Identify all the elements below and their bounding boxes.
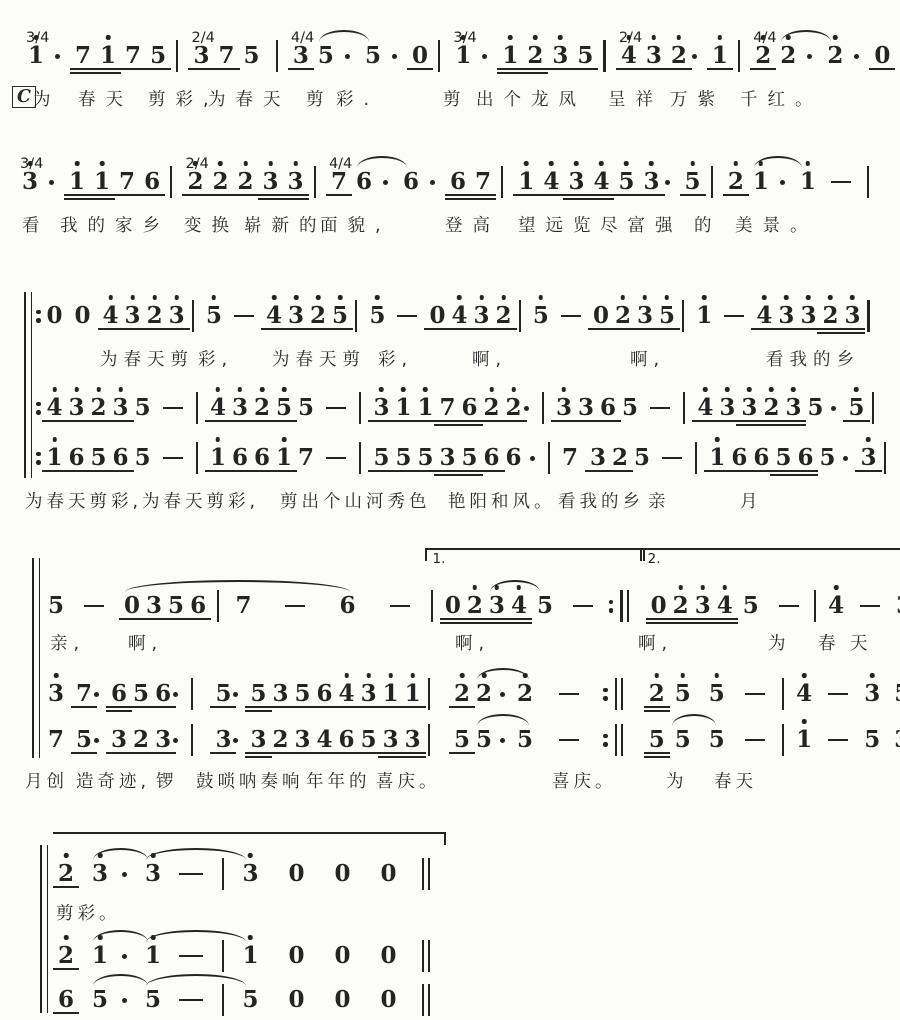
note: 0	[445, 591, 461, 621]
barline	[603, 40, 605, 72]
beam-line	[207, 194, 233, 196]
note: 5	[743, 591, 759, 621]
note: 3	[232, 393, 248, 423]
barline	[359, 442, 361, 474]
note: 5	[462, 443, 478, 473]
beam-line	[644, 710, 670, 712]
note: 2	[649, 679, 665, 709]
barline	[222, 940, 224, 972]
note: 2	[517, 679, 533, 709]
lyric: 万紫	[670, 86, 725, 111]
beam-line	[654, 328, 680, 330]
octave-dot	[108, 295, 113, 300]
barline	[884, 442, 886, 474]
octave-dot	[174, 295, 179, 300]
note: 3	[405, 725, 421, 755]
lyric: 面貌,	[320, 212, 391, 237]
lyrics-row: 看我的家乡变换崭新的面貌,登高望远览尽富强的美景。	[0, 212, 900, 238]
lyric: 啊,	[630, 346, 665, 371]
lyric: 啊,	[638, 630, 673, 655]
note: 1	[69, 167, 85, 197]
lyrics-row: 为春天剪彩,为春天剪彩,剪出个山河秀色艳阳和风。看我的乡亲月	[0, 488, 900, 514]
octave-dot	[702, 295, 707, 300]
lyric: 剪	[443, 86, 471, 111]
note: 6	[484, 443, 500, 473]
barline	[170, 166, 172, 198]
octave-dot	[747, 387, 752, 392]
note: 5	[848, 393, 864, 423]
note: 2	[212, 167, 228, 197]
barline	[867, 166, 869, 198]
notation-row: 3/4171752/43754/435503/4112352/443214/42…	[28, 40, 900, 70]
spacer	[442, 740, 454, 741]
note: 5	[622, 393, 638, 423]
barline	[867, 300, 869, 332]
barline	[542, 392, 544, 424]
spacer	[317, 606, 339, 607]
spacer	[368, 1000, 380, 1001]
octave-dot	[562, 387, 567, 392]
octave-dot	[28, 161, 33, 166]
note: 5	[685, 167, 701, 197]
beam-line	[513, 194, 539, 196]
note: 3	[474, 301, 490, 331]
lyric: 年年的	[306, 768, 371, 793]
octave-dot	[517, 585, 522, 590]
note: 6	[403, 167, 419, 197]
note: 7	[298, 443, 314, 473]
note: 2	[476, 679, 492, 709]
octave-dot	[643, 295, 648, 300]
note: 3	[250, 725, 266, 755]
note: 5	[537, 591, 553, 621]
note: 4	[717, 591, 733, 621]
beam-line	[572, 68, 598, 70]
note: 3	[48, 679, 64, 709]
spacer	[565, 606, 573, 607]
octave-dot	[294, 295, 299, 300]
augmentation-dot	[665, 180, 670, 185]
beam-line	[563, 198, 589, 200]
octave-dot	[786, 35, 791, 40]
note: 3	[637, 301, 653, 331]
lyric: 啊,	[472, 346, 507, 371]
octave-dot	[690, 161, 695, 166]
note: 7	[125, 41, 141, 71]
note: 5	[133, 679, 149, 709]
note-dash	[326, 407, 346, 410]
spacer	[591, 740, 603, 741]
beam-line	[64, 198, 90, 200]
note: 2	[506, 393, 522, 423]
note-dash	[179, 873, 203, 876]
note: 4	[756, 301, 772, 331]
beam-line	[644, 706, 670, 708]
note: 3	[860, 443, 876, 473]
spacer	[368, 874, 380, 875]
spacer	[205, 694, 215, 695]
note: 3	[295, 725, 311, 755]
note: 1	[94, 167, 110, 197]
lyric: 啊,	[128, 630, 163, 655]
beam-line	[780, 424, 806, 426]
note: 2	[673, 591, 689, 621]
note-dash	[573, 605, 593, 608]
beam-line	[245, 756, 271, 758]
beam-line	[233, 194, 259, 196]
note: 5	[48, 591, 64, 621]
octave-dot	[151, 935, 156, 940]
note: 5	[864, 725, 880, 755]
augmentation-dot	[530, 456, 535, 461]
beam-line	[288, 68, 314, 70]
augmentation-dot	[122, 872, 127, 877]
spacer	[415, 956, 421, 957]
note: 3	[643, 167, 659, 197]
note: 6	[317, 679, 333, 709]
lyric: 鼓唢呐奏响	[196, 768, 304, 793]
barline	[276, 40, 278, 72]
beam-line	[53, 968, 79, 970]
octave-dot	[74, 387, 79, 392]
repeat-colon	[36, 398, 41, 419]
note: 5	[276, 393, 292, 423]
beam-line	[95, 68, 121, 70]
octave-dot	[388, 673, 393, 678]
volta-tick	[444, 832, 446, 845]
note: 3	[552, 41, 568, 71]
beam-line	[326, 194, 352, 196]
octave-dot	[854, 387, 859, 392]
lyric: 登高	[445, 212, 500, 237]
octave-dot	[511, 387, 516, 392]
note: 2	[91, 393, 107, 423]
octave-dot	[98, 935, 103, 940]
octave-dot	[621, 295, 626, 300]
beam-line	[712, 622, 738, 624]
note: 5	[318, 41, 334, 71]
augmentation-dot	[49, 180, 54, 185]
beam-line	[538, 194, 564, 196]
beam-line	[150, 752, 176, 754]
note: 2	[763, 393, 779, 423]
octave-dot	[791, 387, 796, 392]
beam-line	[400, 752, 426, 754]
notation-row: 75323332346533555555153	[48, 724, 900, 754]
beam-line	[213, 68, 239, 70]
note: 6	[144, 167, 160, 197]
octave-dot	[461, 35, 466, 40]
beam-line	[595, 420, 621, 422]
augmentation-dot	[482, 54, 487, 59]
octave-dot	[473, 585, 478, 590]
beam-line	[588, 194, 614, 196]
note: 3	[568, 167, 584, 197]
octave-dot	[524, 161, 529, 166]
beam-line	[839, 328, 865, 330]
beam-line	[563, 194, 589, 196]
octave-dot	[678, 585, 683, 590]
octave-dot	[806, 295, 811, 300]
note: 6	[450, 167, 466, 197]
notation-row: 3/4311762/4222334/4766671434535211	[22, 166, 884, 196]
spacer	[116, 606, 124, 607]
octave-dot	[130, 295, 135, 300]
beam-line	[89, 198, 115, 200]
note: 3	[590, 443, 606, 473]
barline	[814, 590, 816, 622]
note: 5	[295, 679, 311, 709]
beam-line	[843, 420, 869, 422]
note: 3	[155, 725, 171, 755]
octave-dot	[834, 585, 839, 590]
barline	[196, 392, 198, 424]
octave-dot	[722, 585, 727, 590]
note: 5	[298, 393, 314, 423]
note: 3	[578, 393, 594, 423]
barline	[501, 166, 503, 198]
octave-dot	[316, 295, 321, 300]
note: 5	[92, 985, 108, 1015]
spacer	[737, 740, 745, 741]
octave-dot	[769, 387, 774, 392]
note: 2	[755, 41, 771, 71]
octave-dot	[375, 295, 380, 300]
note: 6	[69, 443, 85, 473]
note: 1	[100, 41, 116, 71]
lyric: 天	[850, 630, 874, 655]
final-barline	[422, 984, 434, 1016]
note: 2	[728, 167, 744, 197]
note: 5	[659, 301, 675, 331]
beam-line	[506, 622, 532, 624]
beam-line	[150, 706, 176, 708]
octave-dot	[238, 387, 243, 392]
beam-line	[71, 752, 97, 754]
note-dash	[179, 999, 203, 1002]
note: 6	[339, 591, 355, 621]
beam-line	[210, 706, 236, 708]
note: 1	[92, 941, 108, 971]
octave-dot	[366, 673, 371, 678]
augmentation-dot	[780, 180, 785, 185]
note: 3	[778, 301, 794, 331]
octave-dot	[539, 295, 544, 300]
octave-dot	[549, 161, 554, 166]
beam-line	[245, 710, 271, 712]
octave-dot	[268, 161, 273, 166]
note: 6	[232, 443, 248, 473]
note: 5	[675, 679, 691, 709]
note: 1	[455, 41, 471, 71]
octave-dot	[624, 161, 629, 166]
note: 1	[518, 167, 534, 197]
lyric: 看	[22, 212, 50, 237]
beam-line	[400, 706, 426, 708]
notation-row: 2111000	[58, 940, 446, 970]
note: 4	[828, 591, 844, 621]
barline	[438, 40, 440, 72]
note: 1	[712, 41, 728, 71]
beam-line	[283, 194, 309, 196]
note: 1	[395, 393, 411, 423]
octave-dot	[34, 35, 39, 40]
beam-line	[106, 710, 132, 712]
note: 2	[527, 41, 543, 71]
note: 1	[28, 41, 44, 71]
octave-dot	[784, 295, 789, 300]
note: 5	[618, 167, 634, 197]
octave-dot	[762, 295, 767, 300]
spacer	[276, 874, 288, 875]
beam-line	[89, 194, 115, 196]
spacer	[322, 1000, 334, 1001]
octave-dot	[248, 853, 253, 858]
beam-line	[271, 470, 297, 472]
note: 1	[47, 443, 63, 473]
beam-line	[139, 194, 165, 196]
notation-row: 1656516617555356673251665653	[36, 442, 898, 472]
note: 0	[429, 301, 445, 331]
beam-line	[145, 68, 171, 70]
octave-dot	[272, 295, 277, 300]
octave-dot	[725, 387, 730, 392]
lyric: 彩,	[198, 346, 233, 371]
note: 7	[562, 443, 578, 473]
augmentation-dot	[173, 738, 178, 743]
lyric: 千红。	[740, 86, 823, 111]
spacer	[777, 694, 781, 695]
beam-line	[188, 68, 214, 70]
note-dash	[828, 693, 848, 696]
beam-line	[445, 198, 471, 200]
octave-dot	[54, 673, 59, 678]
octave-dot	[649, 161, 654, 166]
note: 4	[697, 393, 713, 423]
augmentation-dot	[122, 998, 127, 1003]
lyric: 彩,	[378, 346, 413, 371]
spacer	[422, 606, 430, 607]
notation-row: 4323543255311762233654332355	[36, 392, 886, 422]
beam-line	[588, 198, 614, 200]
note-dash	[831, 181, 851, 184]
note-dash	[650, 407, 670, 410]
final-barline	[422, 940, 434, 972]
note: 5	[250, 679, 266, 709]
barline	[428, 724, 430, 756]
note: 4	[339, 679, 355, 709]
note: 2	[238, 167, 254, 197]
note: 0	[288, 859, 304, 889]
lyric: 呈祥	[608, 86, 663, 111]
lyric: 艳阳和风。	[448, 488, 556, 513]
note: 3	[383, 725, 399, 755]
octave-dot	[401, 387, 406, 392]
augmentation-dot	[122, 954, 127, 959]
system-brace	[40, 845, 48, 1013]
note-dash	[326, 457, 346, 460]
note: 3	[741, 393, 757, 423]
octave-dot	[457, 295, 462, 300]
end-repeat-barline	[620, 590, 632, 622]
note: 3	[113, 393, 129, 423]
note: 5	[517, 725, 533, 755]
note: 2	[273, 725, 289, 755]
octave-dot	[379, 387, 384, 392]
octave-dot	[338, 295, 343, 300]
note: 2	[133, 725, 149, 755]
lyric: 我的家乡	[60, 212, 170, 237]
note: 3	[193, 41, 209, 71]
note: 7	[75, 41, 91, 71]
octave-dot	[665, 295, 670, 300]
note: 2	[780, 41, 796, 71]
note: 2	[58, 941, 74, 971]
beam-line	[869, 68, 895, 70]
barline	[711, 166, 713, 198]
lyric: 为春天剪	[272, 346, 366, 371]
spacer	[276, 956, 288, 957]
spacer	[368, 956, 380, 957]
beam-line	[792, 474, 818, 476]
spacer	[415, 1000, 421, 1001]
note: 0	[47, 301, 63, 331]
note: 5	[135, 443, 151, 473]
note: 3	[69, 393, 85, 423]
octave-dot	[98, 853, 103, 858]
note: 1	[800, 167, 816, 197]
octave-dot	[152, 295, 157, 300]
note: 3	[556, 393, 572, 423]
augmentation-dot	[843, 456, 848, 461]
octave-dot	[218, 161, 223, 166]
spacer	[639, 694, 649, 695]
note: 3	[22, 167, 38, 197]
augmentation-dot	[500, 692, 505, 697]
beam-line	[644, 752, 670, 754]
note-dash	[745, 693, 765, 696]
note: 3	[719, 393, 735, 423]
lyric: 看我的乡	[558, 488, 644, 513]
beam-line	[114, 194, 140, 196]
note: 3	[293, 41, 309, 71]
notation-row: 004323543255043250235143323	[36, 300, 882, 330]
note: 3	[146, 591, 162, 621]
note-dash	[179, 955, 203, 958]
beam-line	[53, 1012, 79, 1014]
octave-dot	[52, 387, 57, 392]
note: 3	[695, 591, 711, 621]
barline	[222, 984, 224, 1016]
note: 0	[334, 941, 350, 971]
note: 1	[242, 941, 258, 971]
volta-tick	[425, 548, 427, 561]
note: 0	[380, 859, 396, 889]
beam-line	[327, 328, 353, 330]
note: 1	[709, 443, 725, 473]
octave-dot	[802, 673, 807, 678]
beam-line	[506, 618, 532, 620]
note-dash	[390, 605, 410, 608]
octave-dot	[703, 387, 708, 392]
note: 2	[454, 679, 470, 709]
octave-dot	[216, 387, 221, 392]
notation-row: 2333000	[58, 858, 446, 888]
lyric: 为	[666, 768, 688, 793]
notation-row: 6555000	[58, 984, 446, 1014]
note: 3	[800, 301, 816, 331]
octave-dot	[501, 295, 506, 300]
